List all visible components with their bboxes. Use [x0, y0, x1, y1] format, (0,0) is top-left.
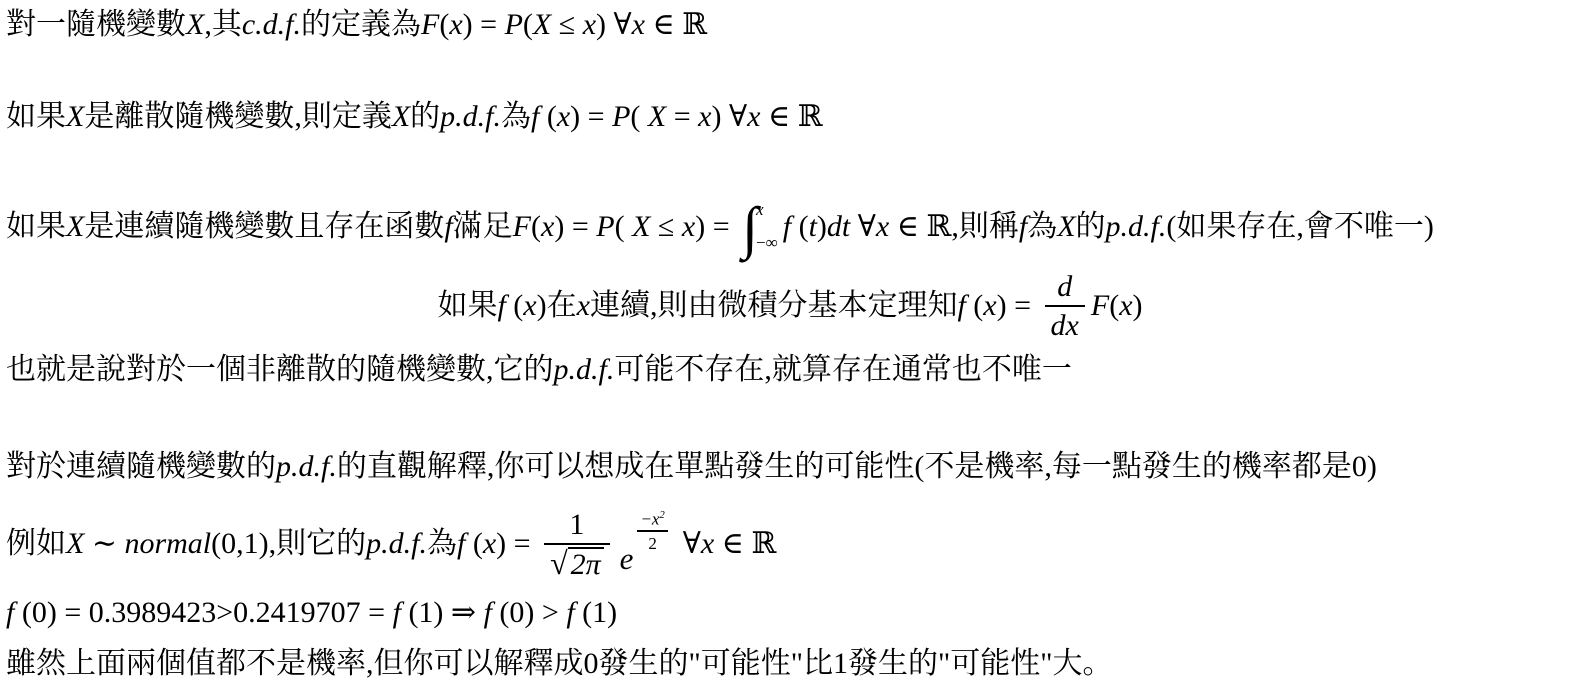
- math-variable: x: [682, 208, 695, 246]
- math-variable: x: [698, 98, 711, 136]
- integral-upper-limit: x: [756, 201, 778, 218]
- sqrt-fraction: 1√2π: [544, 508, 610, 581]
- math-variable: p.d.f.: [554, 351, 615, 389]
- math-variable: x: [876, 208, 889, 246]
- math-variable: P: [505, 6, 523, 44]
- math-variable: X: [186, 6, 204, 44]
- math-variable: x: [541, 208, 554, 246]
- math-variable: f: [531, 98, 539, 136]
- math-operator: ∈ ℝ: [714, 525, 776, 563]
- text-run: 對於連續隨機變數的: [6, 448, 276, 486]
- text-run: (如果存在,會不唯一): [1166, 208, 1433, 246]
- math-variable: f: [957, 287, 965, 325]
- text-run: 為: [1027, 208, 1057, 246]
- math-variable: X: [1057, 208, 1075, 246]
- exp-base: e: [620, 543, 634, 574]
- text-run: 是離散隨機變數,則定義: [84, 98, 392, 136]
- math-variable: x: [483, 525, 496, 563]
- math-operator: ) =: [695, 208, 737, 246]
- math-operator: (: [1109, 287, 1119, 325]
- math-operator: (: [615, 208, 633, 246]
- math-variable: x: [983, 287, 996, 325]
- fraction: ddx: [1045, 270, 1085, 343]
- text-run: ,其: [204, 6, 242, 44]
- math-operator: (1): [575, 594, 617, 632]
- math-operator: ≤: [650, 208, 681, 246]
- math-operator: (: [506, 287, 524, 325]
- text-run: 如果: [6, 208, 66, 246]
- exponential: e−x22: [620, 505, 668, 583]
- text-run: 的定義為: [301, 6, 421, 44]
- math-variable: c.d.f.: [242, 6, 301, 44]
- paragraph-8: f (0) = 0.3989423>0.2419707 = f (1) ⇒ f …: [6, 590, 617, 636]
- math-operator: ) =: [554, 208, 596, 246]
- math-variable: X: [66, 98, 84, 136]
- math-variable: x: [523, 287, 536, 325]
- paragraph-1: 對一隨機變數X,其c.d.f.的定義為F(x) = P(X ≤ x) ∀x ∈ …: [6, 1, 707, 49]
- math-variable: x: [583, 6, 596, 44]
- math-operator: ∈ ℝ: [760, 98, 822, 136]
- math-variable: x: [557, 98, 570, 136]
- math-variable: p.d.f.: [276, 448, 337, 486]
- integral: ∫x−∞: [742, 200, 778, 255]
- math-operator: (: [791, 208, 809, 246]
- math-variable: p.d.f.: [1106, 208, 1167, 246]
- math-variable: X: [632, 208, 650, 246]
- math-variable: t: [809, 208, 817, 246]
- paragraph-7: 例如X ∼ normal(0,1),則它的p.d.f.為f (x) = 1√2π…: [6, 498, 776, 590]
- exponent-denominator: 2: [637, 530, 667, 554]
- exponent-numerator: −x2: [637, 505, 667, 530]
- math-operator: ∈ ℝ: [889, 208, 951, 246]
- math-variable: f: [497, 287, 505, 325]
- paragraph-3: 如果X是連續隨機變數且存在函數f滿足F(x) = P( X ≤ x) = ∫x−…: [6, 196, 1434, 258]
- math-operator: =: [666, 98, 698, 136]
- math-variable: X: [392, 98, 410, 136]
- math-operator: (1) ⇒: [401, 594, 484, 632]
- text-run: 如果: [6, 98, 66, 136]
- text-run: 例如: [6, 525, 66, 563]
- integral-limits: x−∞: [756, 200, 778, 255]
- math-variable: f: [457, 525, 465, 563]
- math-variable: x: [577, 287, 590, 325]
- radical-icon: √: [550, 547, 568, 579]
- math-operator: (0) = 0.3989423>0.2419707 =: [14, 594, 392, 632]
- math-variable: dt: [827, 208, 850, 246]
- math-operator: ): [537, 287, 547, 325]
- math-operator: ∀: [668, 525, 701, 563]
- math-operator: ) ∀: [712, 98, 748, 136]
- integral-lower-limit: −∞: [756, 234, 778, 251]
- math-operator: ): [817, 208, 827, 246]
- math-operator: ): [1133, 287, 1143, 325]
- math-variable: −x: [640, 510, 659, 529]
- math-operator: (0,1): [211, 525, 268, 563]
- math-variable: F: [1091, 287, 1109, 325]
- math-variable: x: [449, 6, 462, 44]
- math-variable: X: [66, 525, 84, 563]
- math-operator: ) ∀: [596, 6, 632, 44]
- text-run: ,則它的: [269, 525, 367, 563]
- text-run: 可能不存在,就算存在通常也不唯一: [614, 351, 1072, 389]
- math-variable: f: [783, 208, 791, 246]
- paragraph-6: 對於連續隨機變數的p.d.f.的直觀解釋,你可以想成在單點發生的可能性(不是機率…: [6, 443, 1377, 491]
- paragraph-9: 雖然上面兩個值都不是機率,但你可以解釋成0發生的"可能性"比1發生的"可能性"大…: [6, 641, 1112, 686]
- math-operator: ) =: [570, 98, 612, 136]
- text-run: 雖然上面兩個值都不是機率,但你可以解釋成0發生的"可能性"比1發生的"可能性"大…: [6, 645, 1112, 683]
- text-run: 滿足: [453, 208, 513, 246]
- fraction-numerator: 1: [544, 508, 610, 543]
- math-variable: x: [747, 98, 760, 136]
- superscript: 2: [659, 510, 664, 521]
- math-variable: f: [1019, 208, 1027, 246]
- text-run: 如果: [437, 287, 497, 325]
- math-variable: X: [648, 98, 666, 136]
- text-run: 連續,則由微積分基本定理知: [590, 287, 958, 325]
- math-variable: X: [533, 6, 551, 44]
- text-run: 是連續隨機變數且存在函數: [84, 208, 444, 246]
- exponent-fraction: −x22: [637, 505, 667, 554]
- math-operator: (: [630, 98, 648, 136]
- math-operator: ∈ ℝ: [645, 6, 707, 44]
- text-run: 為: [501, 98, 531, 136]
- math-variable: normal: [124, 525, 211, 563]
- radicand: 2π: [568, 547, 604, 581]
- math-operator: (0) >: [492, 594, 566, 632]
- fraction-numerator: d: [1045, 270, 1085, 305]
- math-operator: ) =: [997, 287, 1039, 325]
- text-run: 對一隨機變數: [6, 6, 186, 44]
- paragraph-5: 也就是說對於一個非離散的隨機變數,它的p.d.f.可能不存在,就算存在通常也不唯…: [6, 346, 1072, 394]
- text-run: 為: [427, 525, 457, 563]
- math-variable: f: [393, 594, 401, 632]
- math-variable: p.d.f.: [366, 525, 427, 563]
- math-variable: P: [596, 208, 614, 246]
- math-variable: x: [632, 6, 645, 44]
- math-operator: ∀: [850, 208, 876, 246]
- math-variable: f: [484, 594, 492, 632]
- math-operator: (: [523, 6, 533, 44]
- math-variable: P: [612, 98, 630, 136]
- text-run: 的直觀解釋,你可以想成在單點發生的可能性(不是機率,每一點發生的機率都是0): [337, 448, 1377, 486]
- math-operator: (: [966, 287, 984, 325]
- math-operator: (: [439, 6, 449, 44]
- document-page: 對一隨機變數X,其c.d.f.的定義為F(x) = P(X ≤ x) ∀x ∈ …: [0, 0, 1580, 686]
- math-variable: f: [6, 594, 14, 632]
- math-variable: X: [66, 208, 84, 246]
- math-operator: (: [531, 208, 541, 246]
- fraction-denominator: dx: [1045, 305, 1085, 343]
- text-run: ,則稱: [951, 208, 1019, 246]
- paragraph-4: 如果f (x)在x連續,則由微積分基本定理知f (x) = ddxF(x): [0, 268, 1580, 344]
- math-variable: p.d.f.: [440, 98, 501, 136]
- math-variable: f: [566, 594, 574, 632]
- math-operator: ) =: [463, 6, 505, 44]
- math-operator: ) =: [496, 525, 538, 563]
- text-run: 在: [547, 287, 577, 325]
- math-variable: F: [421, 6, 439, 44]
- math-operator: ∼: [84, 525, 124, 563]
- math-operator: ≤: [551, 6, 582, 44]
- math-variable: x: [701, 525, 714, 563]
- math-operator: (: [539, 98, 557, 136]
- paragraph-2: 如果X是離散隨機變數,則定義X的p.d.f.為f (x) = P( X = x)…: [6, 93, 823, 141]
- math-variable: F: [513, 208, 531, 246]
- math-variable: x: [1119, 287, 1132, 325]
- math-variable: f: [444, 208, 452, 246]
- text-run: 的: [1076, 208, 1106, 246]
- fraction-denominator: √2π: [544, 543, 610, 581]
- text-run: 也就是說對於一個非離散的隨機變數,它的: [6, 351, 554, 389]
- text-run: 的: [410, 98, 440, 136]
- math-operator: (: [465, 525, 483, 563]
